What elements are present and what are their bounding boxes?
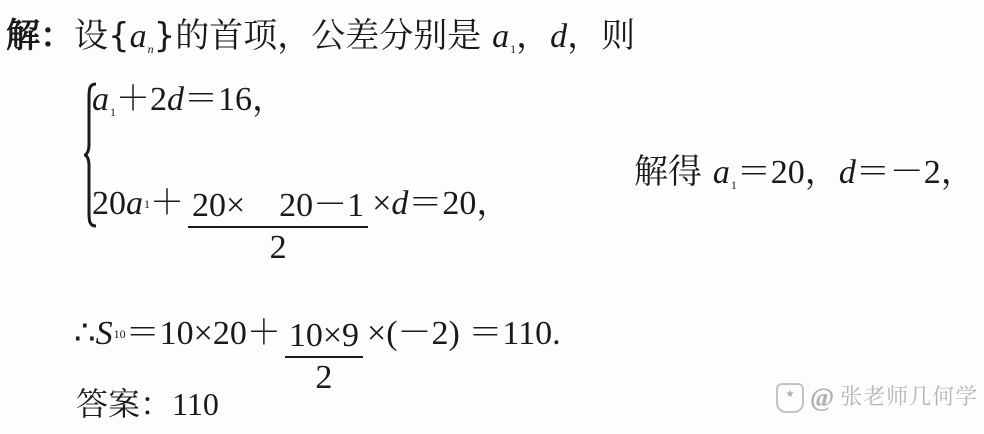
intro-text-mid: }的首项，公差分别是 xyxy=(154,16,492,56)
eq1-d: d xyxy=(167,81,184,118)
answer-line: 答案：110 xyxy=(76,384,219,424)
intro-text: 设{ xyxy=(74,16,130,56)
result-a-var: a xyxy=(713,154,730,191)
d-var: d xyxy=(550,18,567,55)
eq2-coef: 20 xyxy=(92,182,126,226)
sum-fraction: 10×9 2 xyxy=(285,316,363,398)
watermark: ★ @ 张老师几何学 xyxy=(776,382,978,414)
watermark-logo-icon: ★ xyxy=(776,383,804,413)
sum-sub: 10 xyxy=(114,312,126,356)
eq2-frac-num: 20× 20－1 xyxy=(188,186,368,226)
sum-frac-den: 2 xyxy=(315,358,332,398)
intro-text-end: ，则 xyxy=(567,16,635,56)
watermark-text: 张老师几何学 xyxy=(840,382,978,414)
eq1-var: a xyxy=(92,81,109,118)
solution-intro: 解：设{an}的首项，公差分别是 a1，d，则 xyxy=(6,14,635,71)
eq2-var: a xyxy=(126,182,143,226)
result-d-var: d xyxy=(839,154,856,191)
answer-label: 答案： xyxy=(76,385,172,423)
eq2-fraction: 20× 20－1 2 xyxy=(188,186,368,268)
equation-2: 20a1＋ 20× 20－1 2 ×d＝20， xyxy=(92,140,510,268)
eq2-frac-den: 2 xyxy=(270,228,287,268)
seq-var: a xyxy=(130,18,147,55)
eq2-plus: ＋ xyxy=(150,182,184,226)
sum-expr-post: ×(－2) ＝110. xyxy=(367,312,561,356)
answer-value: 110 xyxy=(172,386,219,422)
eq2-d: d xyxy=(391,182,408,226)
watermark-at: @ xyxy=(810,382,834,414)
equation-1: a1＋2d＝16， xyxy=(92,78,286,134)
result-d-val: ＝－2， xyxy=(856,154,975,191)
result-a-val: ＝20， xyxy=(737,154,839,191)
solution-label: 解： xyxy=(6,16,74,56)
sum-line: ∴S10＝10×20＋ 10×9 2 ×(－2) ＝110. xyxy=(74,270,561,398)
solved-result: 解得 a1＝20，d＝－2， xyxy=(634,150,975,207)
sep: ， xyxy=(516,16,550,56)
a1-var: a xyxy=(492,18,509,55)
eq2-times: × xyxy=(372,182,391,226)
eq1-post: ＝16， xyxy=(184,81,286,118)
eq2-rhs: ＝20， xyxy=(408,182,510,226)
therefore-symbol: ∴ xyxy=(74,312,96,356)
eq1-pre: ＋2 xyxy=(116,81,167,118)
sum-expr-pre: ＝10×20＋ xyxy=(126,312,281,356)
sum-var: S xyxy=(96,312,113,356)
sum-frac-num: 10×9 xyxy=(285,316,363,356)
result-label: 解得 xyxy=(634,152,713,192)
